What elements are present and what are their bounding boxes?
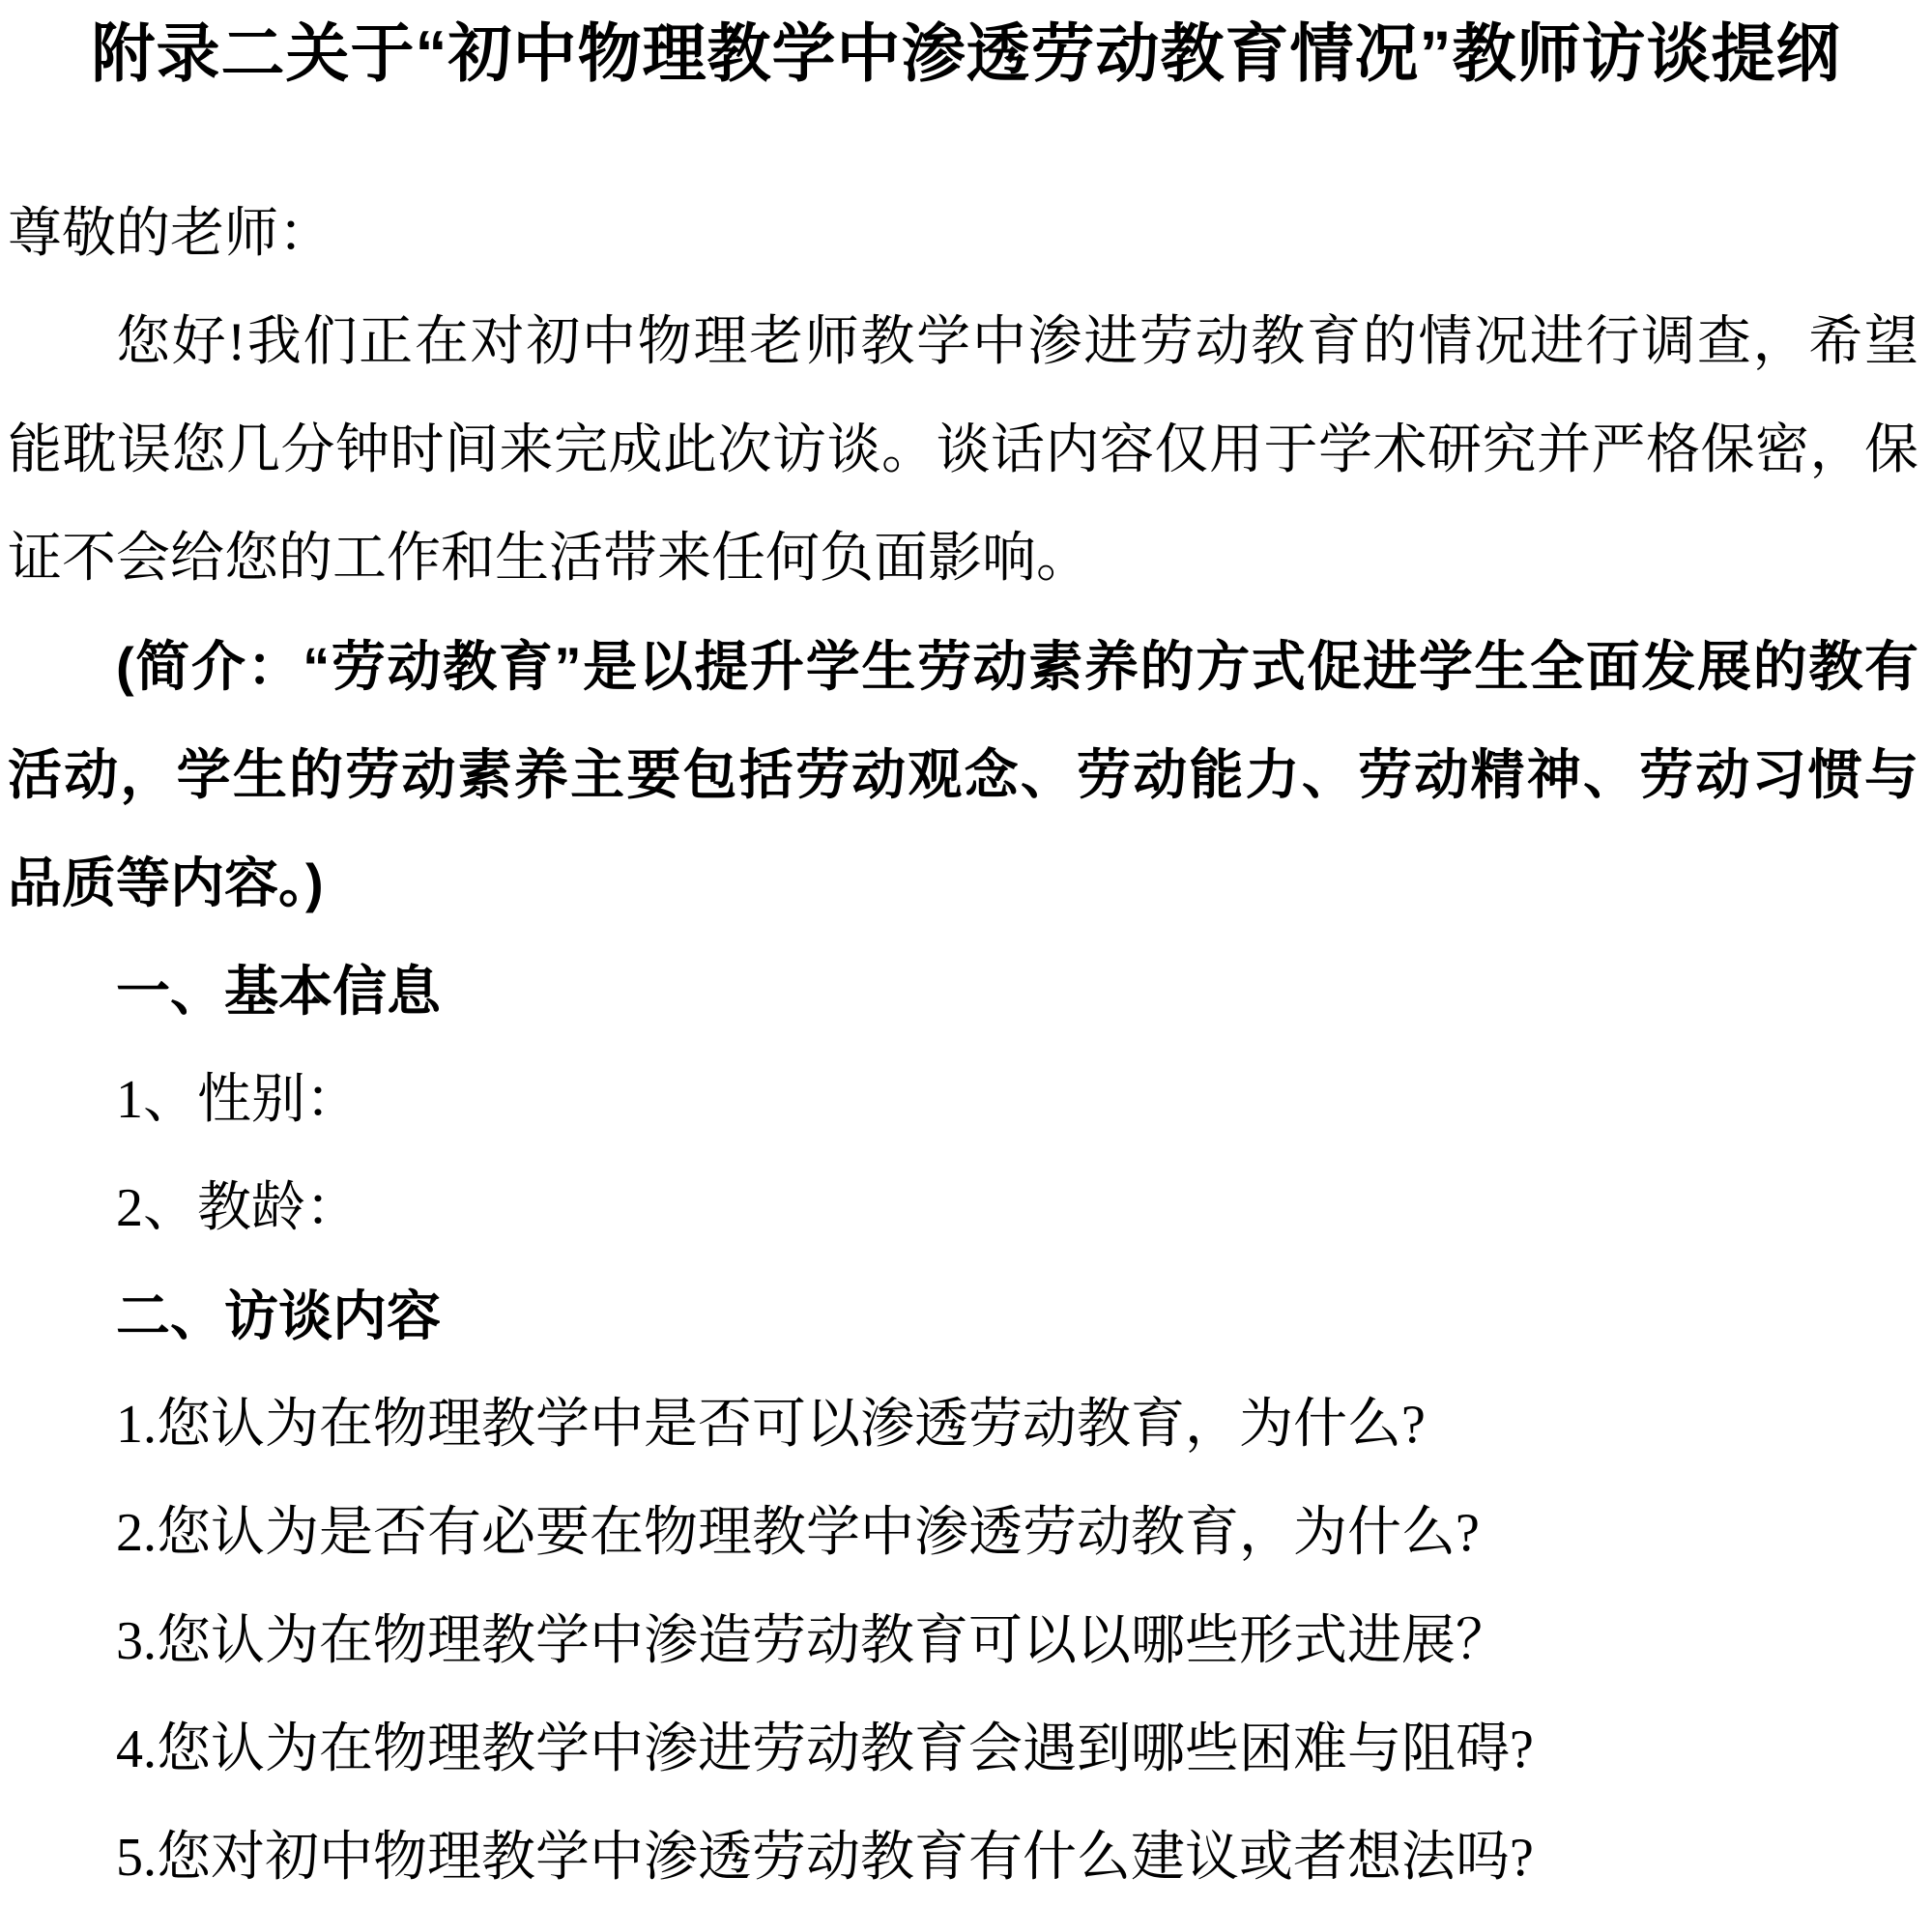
intro-line-1: 您好!我们正在对初中物理老师教学中渗进劳动教育的情况进行调查，希望 (8, 288, 1918, 396)
question-3: 3.您认为在物理教学中渗造劳动教育可以以哪些形式进展？ (8, 1587, 1918, 1695)
document-body: 尊敬的老师：您好!我们正在对初中物理老师教学中渗进劳动教育的情况进行调查，希望能… (0, 180, 1932, 1906)
intro-line-3: 证不会给您的工作和生活带来任何负面影响。 (8, 505, 1918, 613)
document-title: 附录二关于“初中物理教学中渗透劳动教育情况”教师访谈提纲 (0, 0, 1932, 180)
brief-note-line-1: (简介：“劳动教育”是以提升学生劳动素养的方式促进学生全面发展的教有 (8, 613, 1918, 721)
question-4: 4.您认为在物理教学中渗进劳动教育会遇到哪些困难与阻碍? (8, 1695, 1918, 1804)
intro-line-2: 能耽误您几分钟时间来完成此次访谈。谈话内容仅用于学术研究并严格保密，保 (8, 396, 1918, 505)
item-teaching-age: 2、教龄： (8, 1154, 1918, 1262)
brief-note-line-3: 品质等内容。) (8, 829, 1918, 938)
question-2: 2.您认为是否有必要在物理教学中渗透劳动教育，为什么? (8, 1479, 1918, 1587)
item-gender: 1、性别： (8, 1046, 1918, 1154)
question-5: 5.您对初中物理教学中渗透劳动教育有什么建议或者想法吗? (8, 1804, 1918, 1906)
section-2-heading: 二、访谈内容 (8, 1262, 1918, 1371)
section-1-heading: 一、基本信息 (8, 938, 1918, 1046)
brief-note-line-2: 活动，学生的劳动素养主要包括劳动观念、劳动能力、劳动精神、劳动习惯与 (8, 721, 1918, 829)
document-page: 附录二关于“初中物理教学中渗透劳动教育情况”教师访谈提纲 尊敬的老师：您好!我们… (0, 0, 1932, 1906)
question-1: 1.您认为在物理教学中是否可以渗透劳动教育，为什么? (8, 1371, 1918, 1479)
salutation: 尊敬的老师： (8, 180, 1918, 288)
